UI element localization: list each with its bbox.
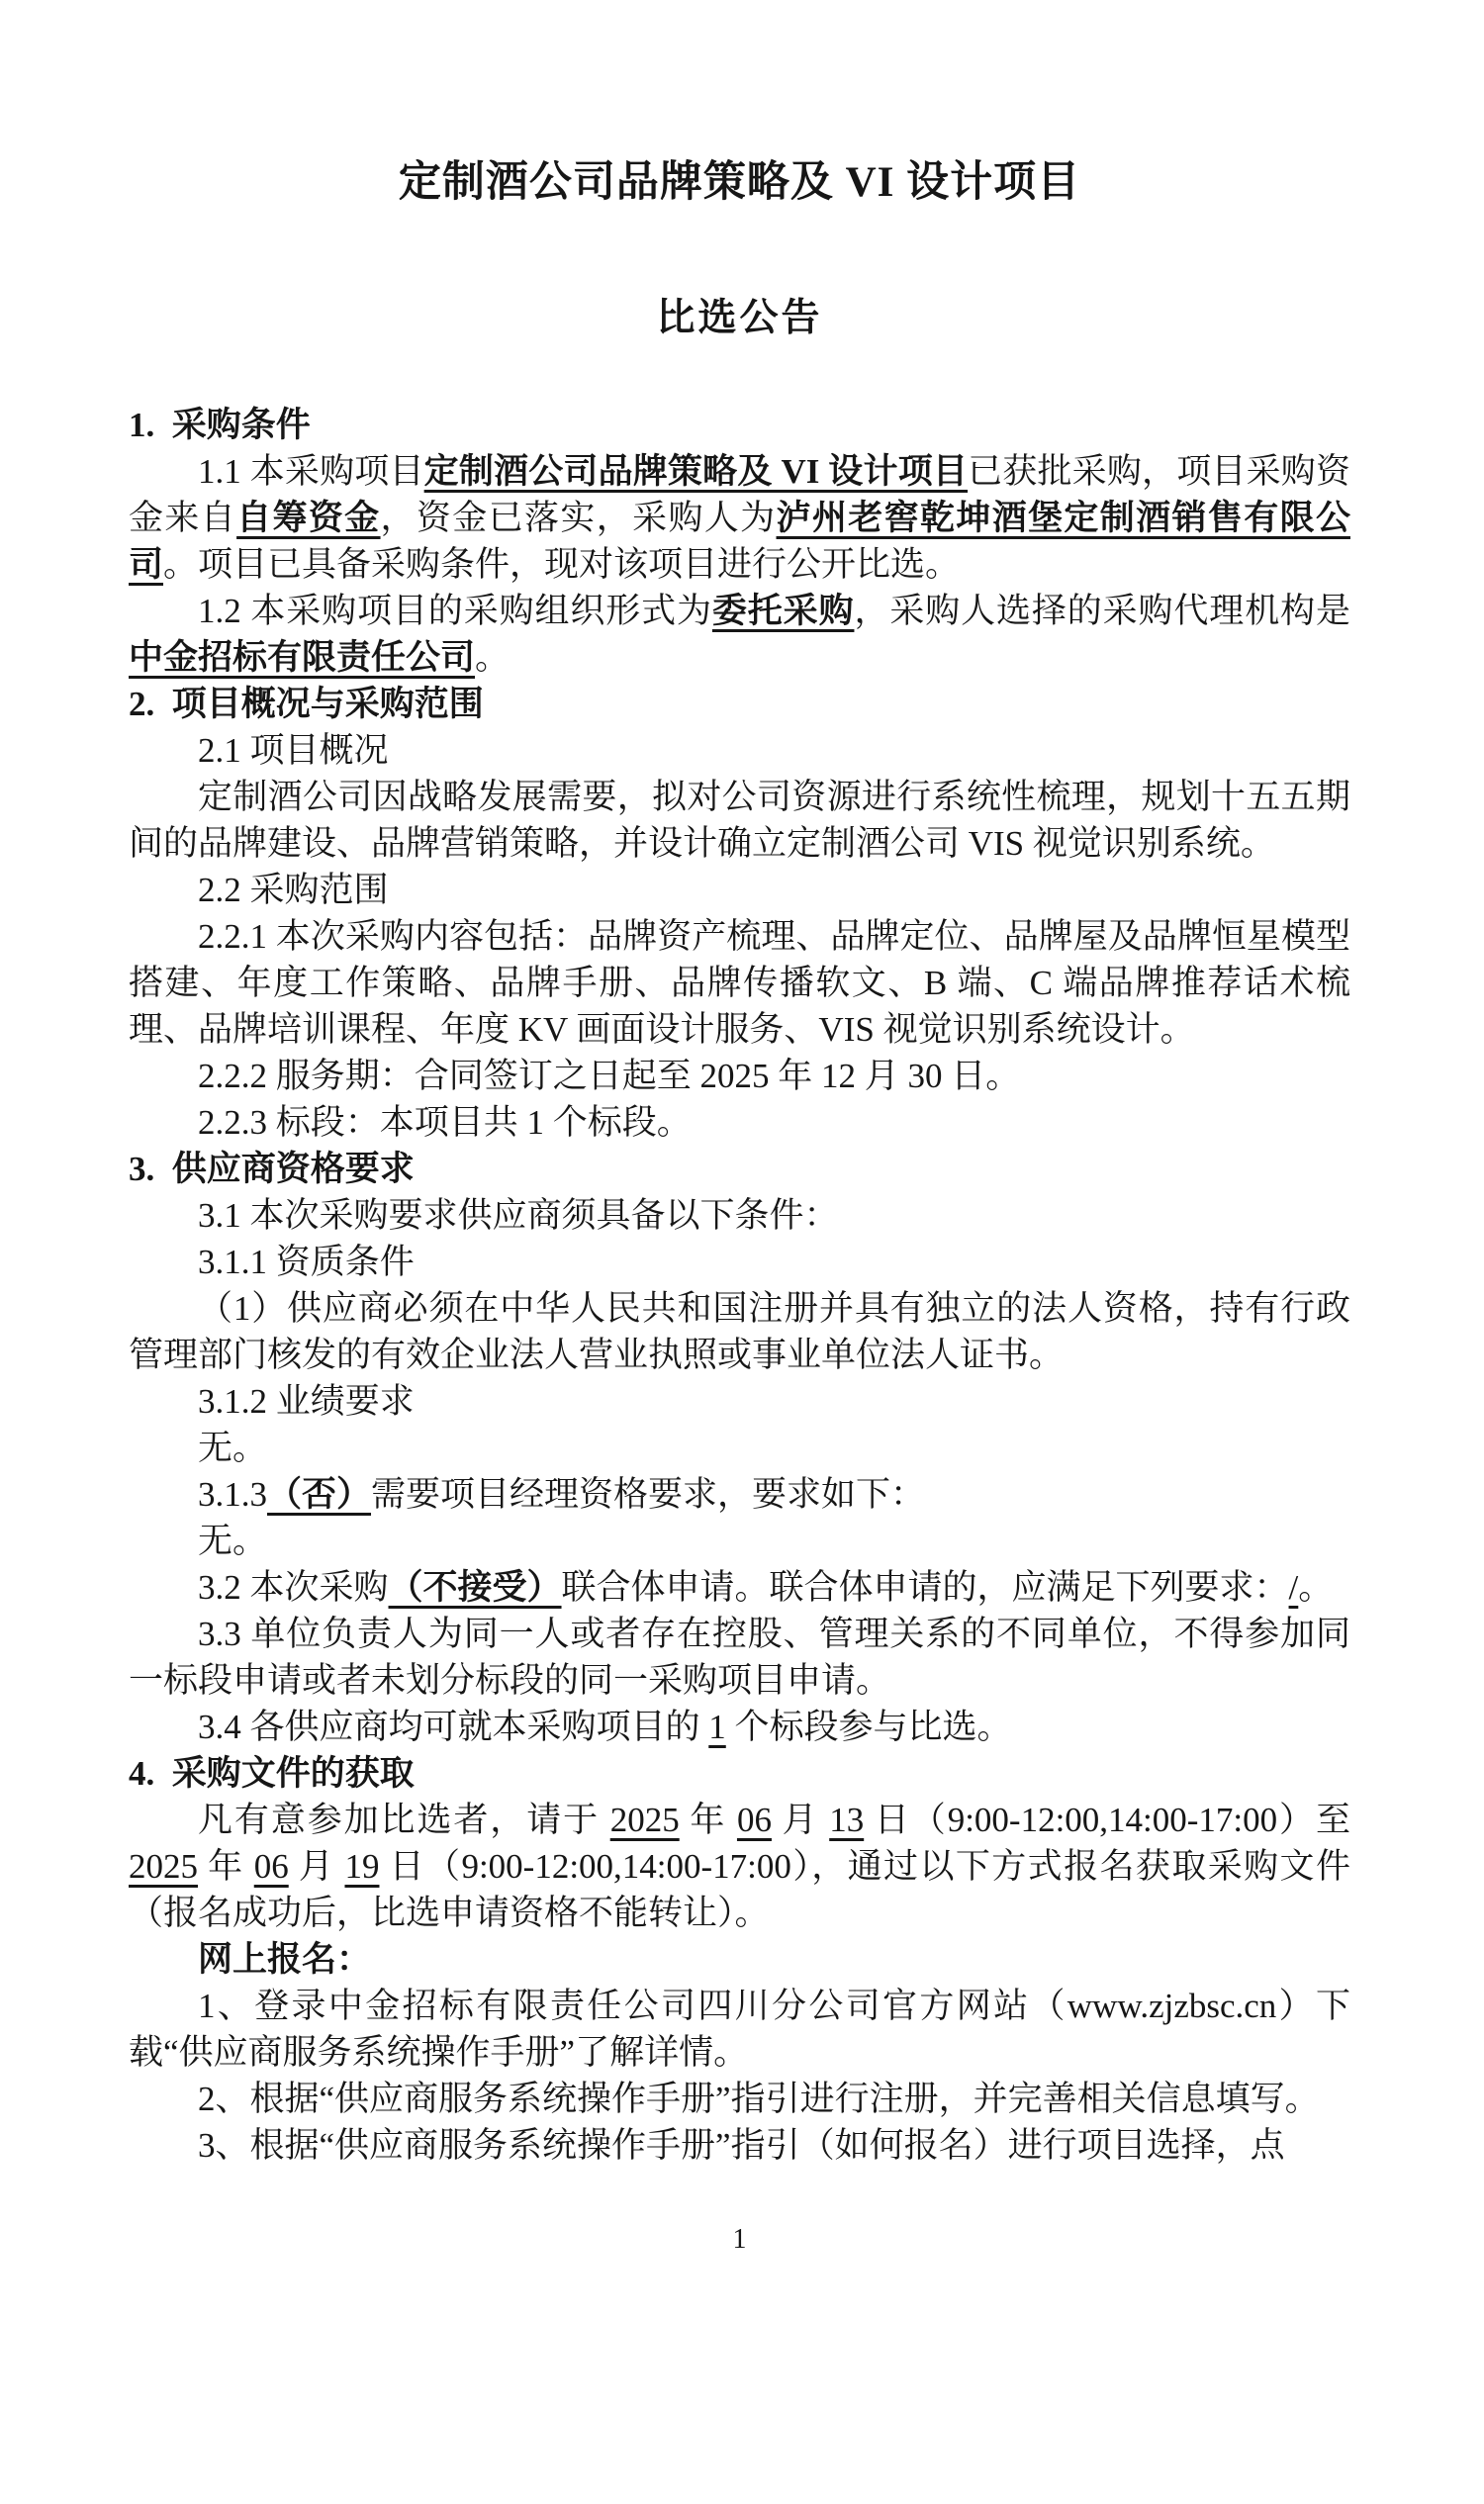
paragraph: 1.2 本采购项目的采购组织形式为委托采购，采购人选择的采购代理机构是中金招标有…	[129, 588, 1350, 681]
text-segment: 2. 项目概况与采购范围	[129, 685, 484, 723]
text-segment: 委托采购	[712, 592, 855, 630]
text-segment: 年	[680, 1801, 737, 1839]
paragraph: 3.1 本次采购要求供应商须具备以下条件：	[129, 1192, 1350, 1239]
paragraph: 2.1 项目概况	[129, 727, 1350, 774]
text-segment: 2.2.2 服务期：合同签订之日起至 2025 年 12 月 30 日。	[198, 1057, 1020, 1095]
text-segment: 2.2 采购范围	[198, 871, 389, 909]
paragraph: 2.2.3 标段：本项目共 1 个标段。	[129, 1099, 1350, 1146]
text-segment: 月	[289, 1847, 345, 1886]
text-segment: 。项目已具备采购条件，现对该项目进行公开比选。	[163, 545, 960, 584]
paragraph: 2.2.1 本次采购内容包括：品牌资产梳理、品牌定位、品牌屋及品牌恒星模型搭建、…	[129, 913, 1350, 1053]
text-segment: 3.1.1 资质条件	[198, 1243, 415, 1281]
text-segment: （不接受）	[389, 1568, 562, 1607]
text-segment: ，采购人选择的采购代理机构是	[854, 592, 1350, 630]
paragraph: 无。	[129, 1518, 1350, 1564]
text-segment: 3.2 本次采购	[198, 1568, 389, 1607]
text-segment: 06	[737, 1801, 772, 1839]
paragraph: 1、登录中金招标有限责任公司四川分公司官方网站（www.zjzbsc.cn）下载…	[129, 1983, 1350, 2076]
paragraph: 凡有意参加比选者，请于 2025 年 06 月 13 日（9:00-12:00,…	[129, 1797, 1350, 1936]
text-segment: （否）	[267, 1475, 371, 1514]
text-segment: 2025	[610, 1801, 680, 1839]
page-number: 1	[129, 2223, 1350, 2257]
text-segment: 3、根据“供应商服务系统操作手册”指引（如何报名）进行项目选择，点	[198, 2126, 1285, 2165]
paragraph: （1）供应商必须在中华人民共和国注册并具有独立的法人资格，持有行政管理部门核发的…	[129, 1285, 1350, 1378]
text-segment: 1.2 本采购项目的采购组织形式为	[198, 592, 712, 630]
text-segment: /	[1289, 1568, 1299, 1607]
paragraph: 2.2 采购范围	[129, 867, 1350, 913]
text-segment: 3. 供应商资格要求	[129, 1150, 415, 1188]
text-segment: 月	[772, 1801, 829, 1839]
text-segment: 无。	[198, 1522, 267, 1560]
text-segment: 3.4 各供应商均可就本采购项目的	[198, 1708, 708, 1746]
paragraph: 3.1.3（否）需要项目经理资格要求，要求如下：	[129, 1471, 1350, 1518]
document-body: 1. 采购条件1.1 本采购项目定制酒公司品牌策略及 VI 设计项目已获批采购，…	[129, 402, 1350, 2169]
text-segment: 2025	[129, 1847, 198, 1886]
paragraph: 3.4 各供应商均可就本采购项目的 1 个标段参与比选。	[129, 1704, 1350, 1750]
text-segment: 个标段参与比选。	[726, 1708, 1012, 1746]
paragraph: 1.1 本采购项目定制酒公司品牌策略及 VI 设计项目已获批采购，项目采购资金来…	[129, 448, 1350, 588]
text-segment: 。	[1298, 1568, 1333, 1607]
text-segment: 1.1 本采购项目	[198, 452, 424, 491]
text-segment: 。	[475, 638, 510, 677]
text-segment: 2.2.1 本次采购内容包括：品牌资产梳理、品牌定位、品牌屋及品牌恒星模型搭建、…	[129, 917, 1350, 1049]
text-segment: 3.1.2 业绩要求	[198, 1382, 415, 1421]
text-segment: 中金招标有限责任公司	[129, 638, 475, 677]
paragraph: 3.2 本次采购（不接受）联合体申请。联合体申请的，应满足下列要求：/。	[129, 1564, 1350, 1611]
paragraph: 2、根据“供应商服务系统操作手册”指引进行注册，并完善相关信息填写。	[129, 2076, 1350, 2122]
text-segment: 无。	[198, 1429, 267, 1467]
text-segment: 2.1 项目概况	[198, 731, 389, 770]
text-segment: 凡有意参加比选者，请于	[198, 1801, 610, 1839]
text-segment: ，资金已落实，采购人为	[381, 499, 777, 537]
paragraph: 3、根据“供应商服务系统操作手册”指引（如何报名）进行项目选择，点	[129, 2122, 1350, 2169]
document-subtitle: 比选公告	[129, 295, 1350, 342]
text-segment: 定制酒公司品牌策略及 VI 设计项目	[424, 452, 968, 491]
text-segment: （1）供应商必须在中华人民共和国注册并具有独立的法人资格，持有行政管理部门核发的…	[129, 1289, 1350, 1374]
text-segment: 13	[829, 1801, 864, 1839]
text-segment: 网上报名：	[198, 1940, 371, 1979]
text-segment: 2、根据“供应商服务系统操作手册”指引进行注册，并完善相关信息填写。	[198, 2080, 1320, 2118]
paragraph: 2.2.2 服务期：合同签订之日起至 2025 年 12 月 30 日。	[129, 1053, 1350, 1099]
text-segment: 4. 采购文件的获取	[129, 1754, 415, 1793]
paragraph: 定制酒公司因战略发展需要，拟对公司资源进行系统性梳理，规划十五五期间的品牌建设、…	[129, 774, 1350, 867]
text-segment: 联合体申请。联合体申请的，应满足下列要求：	[562, 1568, 1289, 1607]
section-heading: 2. 项目概况与采购范围	[129, 681, 1350, 727]
text-segment: 3.1 本次采购要求供应商须具备以下条件：	[198, 1196, 839, 1235]
text-segment: 06	[254, 1847, 289, 1886]
paragraph: 3.1.2 业绩要求	[129, 1378, 1350, 1425]
paragraph: 3.1.1 资质条件	[129, 1239, 1350, 1285]
paragraph: 3.3 单位负责人为同一人或者存在控股、管理关系的不同单位，不得参加同一标段申请…	[129, 1611, 1350, 1704]
text-segment: 年	[198, 1847, 254, 1886]
text-segment: 自筹资金	[236, 499, 380, 537]
text-segment: 2.2.3 标段：本项目共 1 个标段。	[198, 1103, 692, 1142]
text-segment: 日（9:00-12:00,14:00-17:00）至	[864, 1801, 1350, 1839]
text-segment: 3.1.3	[198, 1475, 267, 1514]
section-heading: 4. 采购文件的获取	[129, 1750, 1350, 1797]
document-title: 定制酒公司品牌策略及 VI 设计项目	[129, 156, 1350, 210]
text-segment: 1. 采购条件	[129, 406, 311, 444]
document-page: 定制酒公司品牌策略及 VI 设计项目 比选公告 1. 采购条件1.1 本采购项目…	[0, 0, 1484, 2504]
section-heading: 3. 供应商资格要求	[129, 1146, 1350, 1192]
text-segment: 3.3 单位负责人为同一人或者存在控股、管理关系的不同单位，不得参加同一标段申请…	[129, 1615, 1350, 1700]
text-segment: 需要项目经理资格要求，要求如下：	[371, 1475, 925, 1514]
text-segment: 1、登录中金招标有限责任公司四川分公司官方网站（www.zjzbsc.cn）下载…	[129, 1987, 1350, 2072]
section-heading: 1. 采购条件	[129, 402, 1350, 448]
text-segment: 19	[344, 1847, 379, 1886]
text-segment: 1	[708, 1708, 726, 1746]
paragraph: 无。	[129, 1425, 1350, 1471]
text-segment: 定制酒公司因战略发展需要，拟对公司资源进行系统性梳理，规划十五五期间的品牌建设、…	[129, 778, 1350, 863]
paragraph: 网上报名：	[129, 1936, 1350, 1983]
